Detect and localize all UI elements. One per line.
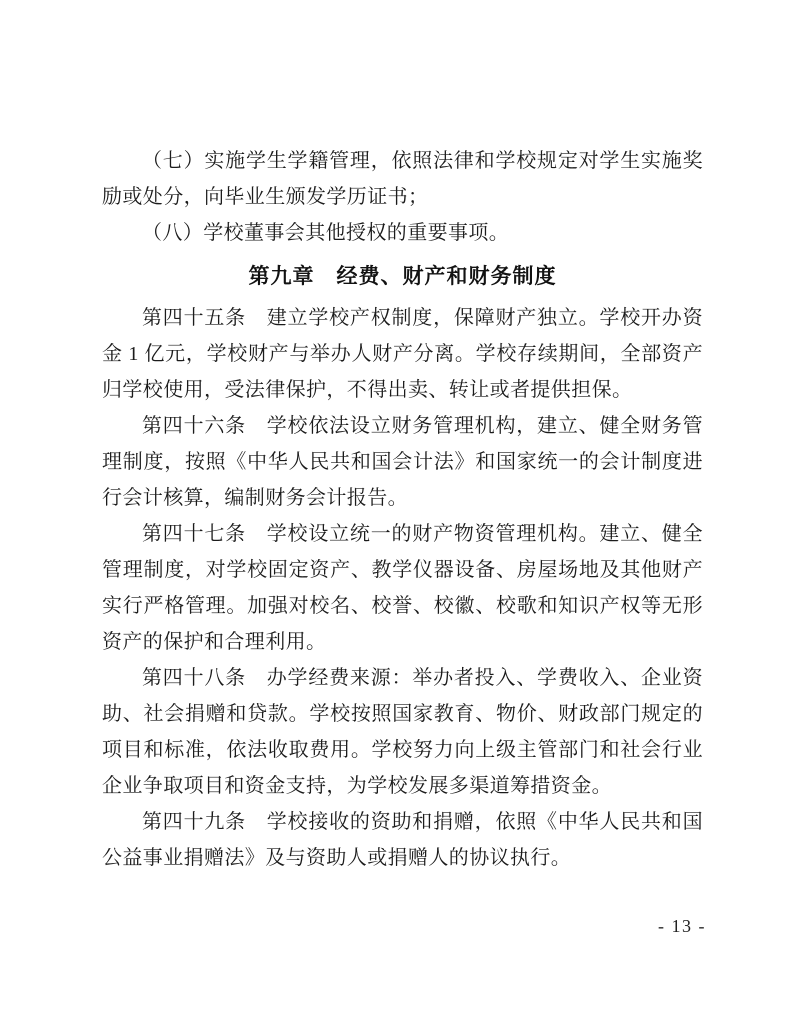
document-page: （七）实施学生学籍管理，依照法律和学校规定对学生实施奖励或处分，向毕业生颁发学历… [0, 0, 800, 1035]
article-46-paragraph: 第四十六条 学校依法设立财务管理机构，建立、健全财务管理制度，按照《中华人民共和… [102, 408, 703, 516]
clause-7-paragraph: （七）实施学生学籍管理，依照法律和学校规定对学生实施奖励或处分，向毕业生颁发学历… [102, 143, 703, 215]
page-number: - 13 - [658, 916, 706, 937]
clause-8-paragraph: （八）学校董事会其他授权的重要事项。 [102, 215, 703, 251]
article-45-paragraph: 第四十五条 建立学校产权制度，保障财产独立。学校开办资金 1 亿元，学校财产与举… [102, 300, 703, 408]
article-49-paragraph: 第四十九条 学校接收的资助和捐赠，依照《中华人民共和国公益事业捐赠法》及与资助人… [102, 804, 703, 876]
article-47-paragraph: 第四十七条 学校设立统一的财产物资管理机构。建立、健全管理制度，对学校固定资产、… [102, 516, 703, 660]
chapter-heading: 第九章 经费、财产和财务制度 [102, 259, 703, 295]
article-48-paragraph: 第四十八条 办学经费来源：举办者投入、学费收入、企业资助、社会捐赠和贷款。学校按… [102, 660, 703, 804]
document-body: （七）实施学生学籍管理，依照法律和学校规定对学生实施奖励或处分，向毕业生颁发学历… [102, 143, 703, 876]
